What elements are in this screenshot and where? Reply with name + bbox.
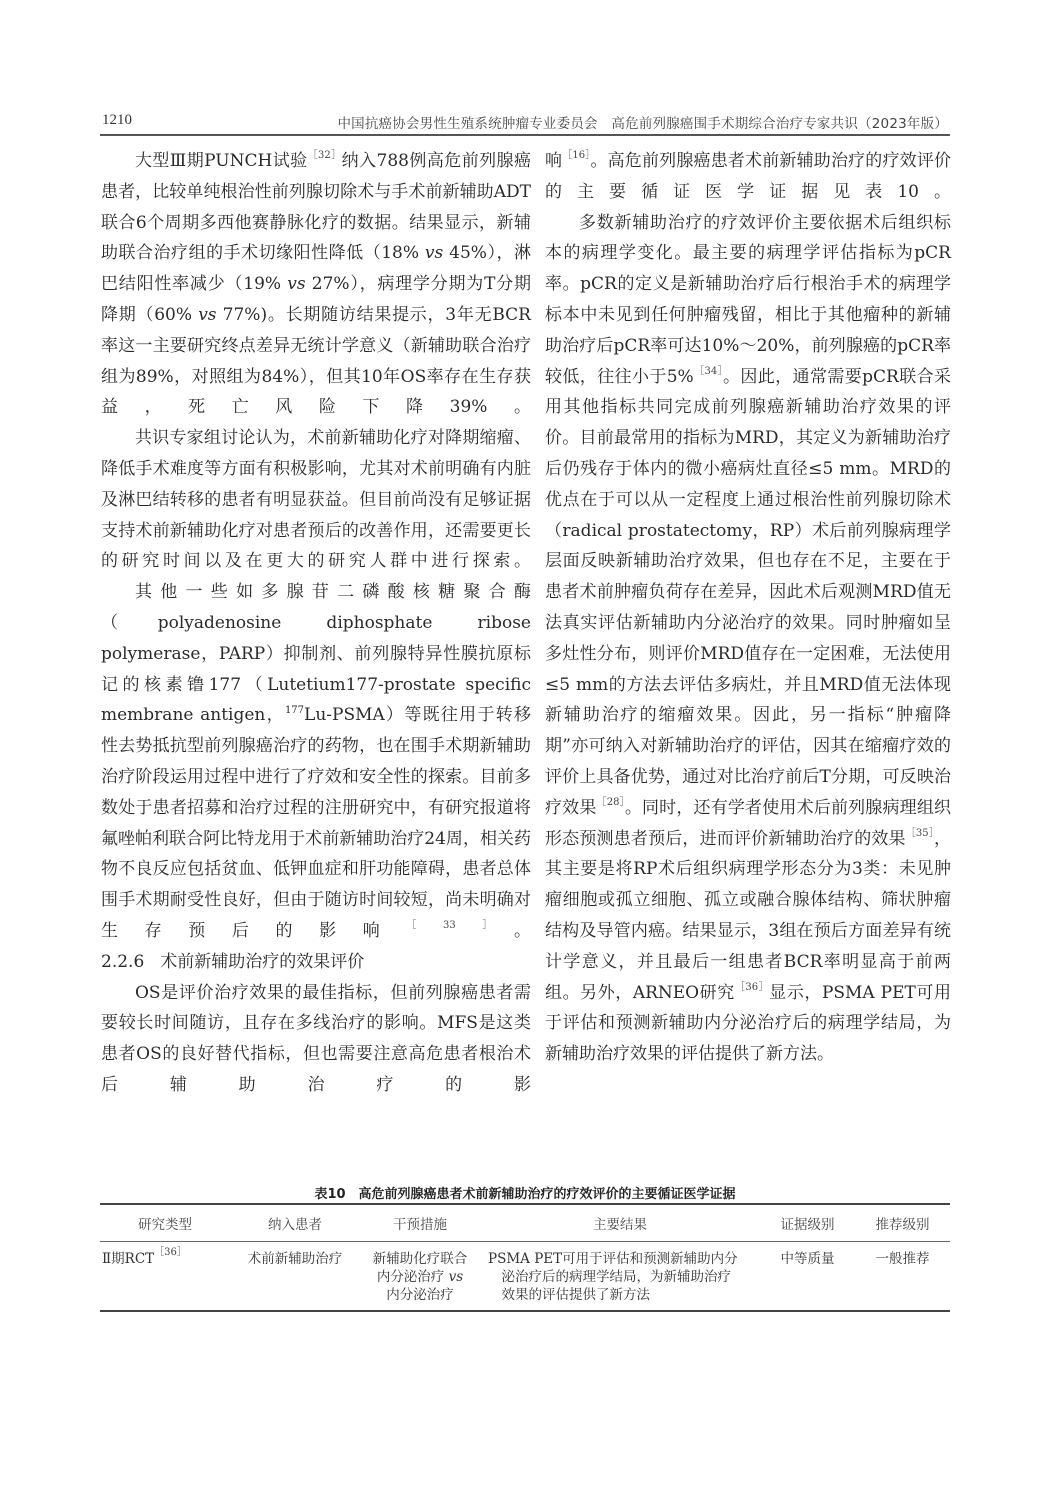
text: ，其主要是将RP术后组织病理学形态分为3类：未见肿瘤细胞或孤立细胞、孤立或融合腺… bbox=[545, 829, 951, 1003]
paragraph-os-mfs: OS是评价治疗效果的最佳指标，但前列腺癌患者需要较长时间随访，且存在多线治疗的影… bbox=[101, 978, 531, 1101]
running-title: 中国抗癌协会男性生殖系统肿瘤专业委员会 高危前列腺癌围手术期综合治疗专家共识（2… bbox=[337, 112, 948, 132]
paragraph-continuation: 响［16］。高危前列腺癌患者术前新辅助治疗的疗效评价的主要循证医学证据见表10。 bbox=[545, 146, 951, 208]
citation-36[interactable]: ［36］ bbox=[154, 1247, 187, 1258]
evidence-table: 研究类型 纳入患者 干预措施 主要结果 证据级别 推荐级别 Ⅱ期RCT［36］ … bbox=[100, 1203, 950, 1312]
cell-study-type: Ⅱ期RCT［36］ bbox=[100, 1242, 230, 1312]
cell-patients: 术前新辅助治疗 bbox=[230, 1242, 360, 1312]
text: Lu-PSMA）等既往用于转移性去势抵抗型前列腺癌治疗的药物，也在围手术期新辅助… bbox=[101, 705, 531, 941]
citation-35[interactable]: ［35］ bbox=[906, 828, 934, 839]
table-row: Ⅱ期RCT［36］ 术前新辅助治疗 新辅助化疗联合内分泌治疗 vs内分泌治疗 P… bbox=[100, 1242, 950, 1312]
text: 大型Ⅲ期PUNCH试验 bbox=[135, 151, 308, 171]
section-title: 术前新辅助治疗的效果评价 bbox=[160, 952, 364, 972]
col-header-study-type: 研究类型 bbox=[100, 1204, 230, 1242]
section-number: 2.2.6 bbox=[101, 952, 144, 972]
table-10: 表10 高危前列腺癌患者术前新辅助治疗的疗效评价的主要循证医学证据 研究类型 纳… bbox=[100, 1183, 950, 1312]
vs-italic: vs bbox=[449, 1269, 464, 1285]
citation-33[interactable]: ［33］ bbox=[406, 920, 514, 931]
text: 内分泌治疗 bbox=[361, 1286, 479, 1304]
col-header-main-results: 主要结果 bbox=[480, 1204, 760, 1242]
text: PSMA PET可用于评估和预测新辅助内分 bbox=[488, 1250, 759, 1268]
text: 效果的评估提供了新方法 bbox=[488, 1286, 759, 1304]
table-title: 表10 高危前列腺癌患者术前新辅助治疗的疗效评价的主要循证医学证据 bbox=[100, 1183, 950, 1203]
left-column: 大型Ⅲ期PUNCH试验［32］纳入788例高危前列腺癌患者，比较单纯根治性前列腺… bbox=[101, 146, 531, 1101]
citation-32[interactable]: ［32］ bbox=[308, 150, 342, 161]
citation-34[interactable]: ［34］ bbox=[694, 366, 723, 377]
citation-36[interactable]: ［36］ bbox=[735, 982, 769, 993]
right-column: 响［16］。高危前列腺癌患者术前新辅助治疗的疗效评价的主要循证医学证据见表10。… bbox=[545, 146, 951, 1070]
text: 泌治疗后的病理学结局，为新辅助治疗 bbox=[488, 1268, 759, 1286]
col-header-evidence-level: 证据级别 bbox=[760, 1204, 855, 1242]
text: 内分泌治疗 bbox=[377, 1269, 449, 1285]
table-header-row: 研究类型 纳入患者 干预措施 主要结果 证据级别 推荐级别 bbox=[100, 1204, 950, 1242]
col-header-patients: 纳入患者 bbox=[230, 1204, 360, 1242]
text: 多数新辅助治疗的疗效评价主要依据术后组织标本的病理学变化。最主要的病理学评估指标… bbox=[545, 213, 951, 387]
paragraph-punch-trial: 大型Ⅲ期PUNCH试验［32］纳入788例高危前列腺癌患者，比较单纯根治性前列腺… bbox=[101, 146, 531, 423]
text: 新辅助化疗联合 bbox=[361, 1250, 479, 1268]
cell-intervention: 新辅助化疗联合内分泌治疗 vs内分泌治疗 bbox=[360, 1242, 480, 1312]
text: 。因此，通常需要pCR联合采用其他指标共同完成前列腺癌新辅助治疗效果的评价。目前… bbox=[545, 367, 951, 818]
col-header-intervention: 干预措施 bbox=[360, 1204, 480, 1242]
paragraph-expert-discussion: 共识专家组讨论认为，术前新辅助化疗对降期缩瘤、降低手术难度等方面有积极影响，尤其… bbox=[101, 423, 531, 577]
vs-italic: vs bbox=[198, 305, 216, 325]
vs-italic: vs bbox=[425, 243, 443, 263]
cell-evidence-level: 中等质量 bbox=[760, 1242, 855, 1312]
text: 。高危前列腺癌患者术前新辅助治疗的疗效评价的主要循证医学证据见表10。 bbox=[545, 151, 951, 202]
citation-28[interactable]: ［28］ bbox=[597, 797, 625, 808]
text: 其他一些如多腺苷二磷酸核糖聚合酶（polyadenosine diphospha… bbox=[101, 582, 531, 725]
col-header-recommendation-level: 推荐级别 bbox=[855, 1204, 950, 1242]
citation-16[interactable]: ［16］ bbox=[562, 150, 590, 161]
text: 。 bbox=[514, 921, 531, 941]
text: 响 bbox=[545, 151, 562, 171]
paragraph-parp-psma: 其他一些如多腺苷二磷酸核糖聚合酶（polyadenosine diphospha… bbox=[101, 577, 531, 947]
cell-recommendation-level: 一般推荐 bbox=[855, 1242, 950, 1312]
page-header: 1210 中国抗癌协会男性生殖系统肿瘤专业委员会 高危前列腺癌围手术期综合治疗专… bbox=[100, 112, 950, 136]
cell-main-results: PSMA PET可用于评估和预测新辅助内分泌治疗后的病理学结局，为新辅助治疗效果… bbox=[480, 1242, 760, 1312]
section-heading-2-2-6: 2.2.6术前新辅助治疗的效果评价 bbox=[101, 947, 531, 978]
page-number: 1210 bbox=[102, 112, 132, 129]
vs-italic: vs bbox=[287, 274, 305, 294]
isotope-superscript: 177 bbox=[285, 705, 304, 716]
text: Ⅱ期RCT bbox=[102, 1251, 154, 1267]
paragraph-efficacy-evaluation: 多数新辅助治疗的疗效评价主要依据术后组织标本的病理学变化。最主要的病理学评估指标… bbox=[545, 208, 951, 1070]
